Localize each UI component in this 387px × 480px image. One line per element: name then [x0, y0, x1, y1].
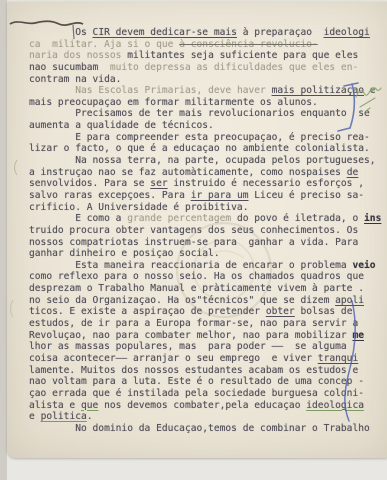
- text-segment: nao voltam para a luta. Este é o resulta…: [29, 376, 364, 387]
- text-line: estudos, de ir para a Europa formar-se, …: [29, 318, 382, 330]
- text-segment: ser: [150, 178, 167, 189]
- text-segment: coisa acontecer—— arranjar o seu emprego…: [29, 353, 318, 364]
- text-segment: nao sucumbam: [29, 62, 110, 73]
- text-segment: Esta maneira reaccionaria de encarar o p…: [29, 260, 352, 271]
- text-segment: me: [352, 330, 364, 341]
- text-line: e politica.: [29, 411, 382, 423]
- text-segment: Liceu é preciso sa-: [249, 190, 365, 201]
- text-segment: a instruçao nao se faz automàticamente, …: [29, 167, 347, 178]
- text-line: contram na vida.: [29, 74, 382, 86]
- text-segment: estudos, de ir para a Europa formar-se, …: [29, 318, 358, 329]
- text-segment: Revoluçao, nao para combater melhor, nao…: [29, 330, 352, 341]
- text-segment: aumenta a qualidade de técnicos.: [29, 120, 214, 131]
- text-segment: Nas Escolas Primarias, deve haver: [75, 85, 271, 96]
- text-segment: Os: [29, 27, 93, 38]
- text-line: Precisamos de ter mais revolucionarios e…: [29, 108, 382, 120]
- text-segment: instruido é necessario esforços ,: [168, 178, 364, 189]
- text-line: crificio. A Universidade é proibitiva.: [29, 202, 382, 214]
- left-crease-mark: [11, 300, 14, 317]
- text-segment: ins: [364, 213, 381, 224]
- left-crease-mark: [15, 160, 18, 175]
- text-segment: nos devemos combater,pela educaçao: [98, 400, 306, 411]
- text-segment: ticos. E existe a aspiraçao de pretender: [29, 306, 266, 317]
- text-segment: truido procura obter vantagens dos seus …: [29, 225, 358, 236]
- text-line: desprezam o Trabalho Manual e pràticamen…: [29, 283, 382, 295]
- text-segment: E como a: [29, 213, 127, 224]
- text-line: E como a grande percentagem do povo é il…: [29, 213, 382, 225]
- text-line: aumenta a qualidade de técnicos.: [29, 120, 382, 132]
- text-segment: grande percentagem: [127, 213, 231, 224]
- text-line: nao sucumbam muito depressa as dificulda…: [29, 62, 382, 74]
- text-segment: ideologica: [306, 400, 364, 411]
- text-segment: Precisamos de ter mais revolucionarios e…: [29, 108, 370, 119]
- text-segment: tranqui: [318, 353, 358, 364]
- text-segment: à preparaçao: [237, 27, 324, 38]
- text-segment: como reflexo para o nosso seio. Ha os ch…: [29, 271, 364, 282]
- text-segment: no seio da Organizaçao. Ha os"técnicos" …: [29, 295, 335, 306]
- text-segment: contram na vida.: [29, 74, 121, 85]
- text-line: naria dos nossos militantes seja suficie…: [29, 50, 382, 62]
- text-segment: apoli: [335, 295, 364, 306]
- text-segment: e: [29, 411, 41, 422]
- scanner-edge: [0, 0, 7, 480]
- text-segment: lamente. Muitos dos nossos estudantes ac…: [29, 365, 358, 376]
- text-segment: No dominio da Educaçao,temos de combinar…: [29, 423, 370, 434]
- text-segment: ca militar. Aja si o que: [29, 39, 179, 50]
- text-line: Revoluçao, nao para combater melhor, nao…: [29, 330, 382, 342]
- text-segment: politica: [41, 411, 87, 422]
- text-line: ticos. E existe a aspiraçao de pretender…: [29, 306, 382, 318]
- text-line: senvolvidos. Para se ser instruido é nec…: [29, 178, 382, 190]
- text-segment: ideologi: [324, 27, 370, 38]
- text-line: E para compreender esta preocupaçao, é p…: [29, 132, 382, 144]
- text-line: ganhar dinheiro e posiçao social.: [29, 248, 382, 260]
- text-line: a instruçao nao se faz automàticamente, …: [29, 167, 382, 179]
- text-segment: muito depressa as dificuldades que eles …: [110, 62, 358, 73]
- scanned-typewritten-page: { "page": { "kind": "scanned typewritten…: [0, 0, 387, 480]
- text-segment: lhor as massas populares, mas para poder…: [29, 341, 347, 352]
- text-line: mais preocupaçao em formar militarmente …: [29, 97, 382, 109]
- text-segment: crificio. A Universidade é proibitiva.: [29, 202, 249, 213]
- text-line: No dominio da Educaçao,temos de combinar…: [29, 423, 382, 435]
- text-line: Esta maneira reaccionaria de encarar o p…: [29, 260, 382, 272]
- text-segment: ganhar dinheiro e posiçao social.: [29, 248, 220, 259]
- text-segment: ir para um: [191, 190, 249, 201]
- text-segment: mais preocupaçao em formar militarmente …: [29, 97, 318, 108]
- text-line: ca militar. Aja si o que à consciência r…: [29, 39, 382, 51]
- text-line: nao voltam para a luta. Este é o resulta…: [29, 376, 382, 388]
- text-segment: naria dos nossos: [29, 50, 127, 61]
- text-segment: e: [364, 85, 376, 96]
- text-line: nossos compatriotas instruem-se para gan…: [29, 237, 382, 249]
- text-segment: de: [347, 167, 359, 178]
- text-segment: à consciência revolucio-: [179, 39, 318, 50]
- text-segment: mais politizaçao: [272, 85, 364, 96]
- text-line: Os CIR devem dedicar-se mais à preparaça…: [29, 27, 382, 39]
- text-segment: desprezam o Trabalho Manual e pràticamen…: [29, 283, 364, 294]
- text-segment: E para compreender esta preocupaçao, é p…: [29, 132, 370, 143]
- text-segment: [29, 85, 75, 96]
- text-line: lamente. Muitos dos nossos estudantes ac…: [29, 365, 382, 377]
- text-line: no seio da Organizaçao. Ha os"técnicos" …: [29, 295, 382, 307]
- text-segment: obter: [266, 306, 295, 317]
- text-segment: veio: [352, 260, 375, 271]
- scanned-page: Os CIR devem dedicar-se mais à preparaça…: [7, 2, 387, 458]
- text-segment: senvolvidos. Para se: [29, 178, 150, 189]
- text-segment: çao errada que é instilada pela sociedad…: [29, 388, 364, 399]
- text-line: coisa acontecer—— arranjar o seu emprego…: [29, 353, 382, 365]
- text-line: lhor as massas populares, mas para poder…: [29, 341, 382, 353]
- text-segment: bolsas de: [295, 306, 353, 317]
- text-segment: alista e: [29, 400, 81, 411]
- text-line: alista e que nos devemos combater,pela e…: [29, 400, 382, 412]
- text-segment: salvo raras excepçoes. Para: [29, 190, 191, 201]
- text-line: como reflexo para o nosso seio. Ha os ch…: [29, 271, 382, 283]
- text-line: truido procura obter vantagens dos seus …: [29, 225, 382, 237]
- scan-background: Os CIR devem dedicar-se mais à preparaça…: [0, 0, 387, 480]
- text-segment: que: [81, 400, 98, 411]
- text-line: lizar o facto, o que é a educaçao no amb…: [29, 143, 382, 155]
- text-line: Nas Escolas Primarias, deve haver mais p…: [29, 85, 382, 97]
- text-segment: nossos compatriotas instruem-se para gan…: [29, 237, 358, 248]
- text-line: Na nossa terra, na parte, ocupada pelos …: [29, 155, 382, 167]
- text-segment: Na nossa terra, na parte, ocupada pelos …: [29, 155, 376, 166]
- text-line: salvo raras excepçoes. Para ir para um L…: [29, 190, 382, 202]
- document-text: Os CIR devem dedicar-se mais à preparaça…: [29, 27, 382, 434]
- text-segment: .: [87, 411, 93, 422]
- text-line: çao errada que é instilada pela sociedad…: [29, 388, 382, 400]
- text-segment: do povo é iletrada, o: [231, 213, 364, 224]
- text-segment: militantes seja suficiente para que eles: [127, 50, 358, 61]
- text-segment: CIR devem dedicar-se mais: [93, 27, 237, 38]
- text-segment: lizar o facto, o que é a educaçao no amb…: [29, 143, 370, 154]
